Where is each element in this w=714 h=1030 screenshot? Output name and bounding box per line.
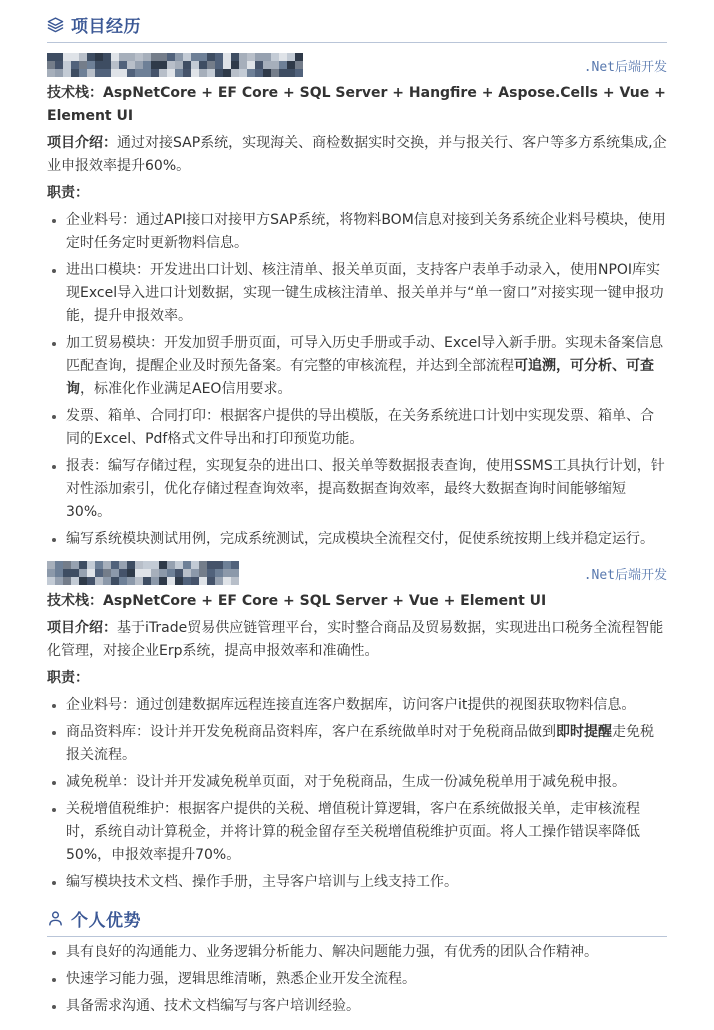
bullet-dot: [52, 538, 56, 542]
bullet-dot: [52, 781, 56, 785]
duty-text: 进出口模块：开发进出口计划、核注清单、报关单页面，支持客户表单手动录入，使用NP…: [66, 259, 667, 328]
projects-list: .Net后端开发 技术栈：AspNetCore + EF Core + SQL …: [47, 52, 667, 894]
duty-text: 编写模块技术文档、操作手册，主导客户培训与上线支持工作。: [66, 871, 667, 894]
duty-item: 企业料号：通过创建数据库远程连接直连客户数据库，访问客户it提供的视图获取物料信…: [47, 694, 667, 717]
bullet-dot: [52, 219, 56, 223]
project-intro-label: 项目介绍：: [47, 135, 117, 151]
project-block: .Net后端开发 技术栈：AspNetCore + EF Core + SQL …: [47, 52, 667, 551]
strength-text: 具备需求沟通、技术文档编写与客户培训经验。: [66, 995, 667, 1018]
bullet-dot: [52, 415, 56, 419]
project-intro-line: 项目介绍：基于iTrade贸易供应链管理平台，实时整合商品及贸易数据，实现进出口…: [47, 617, 667, 663]
duty-item: 报表：编写存储过程，实现复杂的进出口、报关单等数据报表查询，使用SSMS工具执行…: [47, 455, 667, 524]
duties-label: 职责：: [47, 182, 667, 205]
project-intro-label: 项目介绍：: [47, 620, 117, 636]
bullet-dot: [52, 808, 56, 812]
duty-item: 进出口模块：开发进出口计划、核注清单、报关单页面，支持客户表单手动录入，使用NP…: [47, 259, 667, 328]
tech-stack-value: AspNetCore + EF Core + SQL Server + Vue …: [103, 593, 546, 609]
bullet-dot: [52, 342, 56, 346]
duty-item: 加工贸易模块：开发加贸手册页面，可导入历史手册或手动、Excel导入新手册。实现…: [47, 332, 667, 401]
project-intro-value: 基于iTrade贸易供应链管理平台，实时整合商品及贸易数据，实现进出口税务全流程…: [47, 620, 663, 659]
strengths-list: 具有良好的沟通能力、业务逻辑分析能力、解决问题能力强，有优秀的团队合作精神。 快…: [47, 941, 667, 1018]
layers-icon: [47, 16, 64, 33]
tech-stack-line: 技术栈：AspNetCore + EF Core + SQL Server + …: [47, 82, 667, 128]
bullet-dot: [52, 731, 56, 735]
section-header-strengths: 个人优势: [47, 906, 667, 937]
duty-item: 企业料号：通过API接口对接甲方SAP系统，将物料BOM信息对接到关务系统企业料…: [47, 209, 667, 255]
duty-item: 编写系统模块测试用例，完成系统测试，完成模块全流程交付，促使系统按期上线并稳定运…: [47, 528, 667, 551]
tech-stack-value: AspNetCore + EF Core + SQL Server + Hang…: [47, 85, 666, 124]
project-block: .Net后端开发 技术栈：AspNetCore + EF Core + SQL …: [47, 560, 667, 894]
duty-item: 商品资料库：设计并开发免税商品资料库，客户在系统做单时对于免税商品做到即时提醒走…: [47, 721, 667, 767]
section-title-projects: 项目经历: [71, 12, 141, 37]
strength-text: 具有良好的沟通能力、业务逻辑分析能力、解决问题能力强，有优秀的团队合作精神。: [66, 941, 667, 964]
tech-stack-label: 技术栈：: [47, 85, 103, 101]
tech-stack-label: 技术栈：: [47, 593, 103, 609]
duty-item: 减免税单：设计并开发减免税单页面，对于免税商品，生成一份减免税单用于减免税申报。: [47, 771, 667, 794]
duty-item: 关税增值税维护：根据客户提供的关税、增值税计算逻辑，客户在系统做报关单，走审核流…: [47, 798, 667, 867]
bullet-dot: [52, 465, 56, 469]
bullet-dot: [52, 1005, 56, 1009]
strength-text: 快速学习能力强，逻辑思维清晰，熟悉企业开发全流程。: [66, 968, 667, 991]
duty-text: 加工贸易模块：开发加贸手册页面，可导入历史手册或手动、Excel导入新手册。实现…: [66, 332, 667, 401]
strength-item: 具备需求沟通、技术文档编写与客户培训经验。: [47, 995, 667, 1018]
section-title-strengths: 个人优势: [71, 906, 141, 931]
project-role-label: .Net后端开发: [584, 564, 667, 583]
project-intro-line: 项目介绍：通过对接SAP系统，实现海关、商检数据实时交换，并与报关行、客户等多方…: [47, 132, 667, 178]
duty-text: 发票、箱单、合同打印：根据客户提供的导出模版，在关务系统进口计划中实现发票、箱单…: [66, 405, 667, 451]
duties-list: 企业料号：通过API接口对接甲方SAP系统，将物料BOM信息对接到关务系统企业料…: [47, 209, 667, 551]
redacted-company-name: [47, 561, 239, 585]
duty-text: 编写系统模块测试用例，完成系统测试，完成模块全流程交付，促使系统按期上线并稳定运…: [66, 528, 667, 551]
redacted-company-name: [47, 53, 303, 77]
bullet-dot: [52, 269, 56, 273]
tech-stack-line: 技术栈：AspNetCore + EF Core + SQL Server + …: [47, 590, 667, 613]
duty-text: 关税增值税维护：根据客户提供的关税、增值税计算逻辑，客户在系统做报关单，走审核流…: [66, 798, 667, 867]
resume-page: 项目经历 .Net后端开发 技术栈：AspNetCore + EF Core +…: [0, 0, 714, 1030]
project-header: .Net后端开发: [47, 52, 667, 78]
section-header-projects: 项目经历: [47, 12, 667, 43]
duties-list: 企业料号：通过创建数据库远程连接直连客户数据库，访问客户it提供的视图获取物料信…: [47, 694, 667, 894]
duty-text: 企业料号：通过创建数据库远程连接直连客户数据库，访问客户it提供的视图获取物料信…: [66, 694, 667, 717]
person-icon: [47, 910, 64, 927]
duty-text: 报表：编写存储过程，实现复杂的进出口、报关单等数据报表查询，使用SSMS工具执行…: [66, 455, 667, 524]
duty-item: 发票、箱单、合同打印：根据客户提供的导出模版，在关务系统进口计划中实现发票、箱单…: [47, 405, 667, 451]
duty-text: 减免税单：设计并开发减免税单页面，对于免税商品，生成一份减免税单用于减免税申报。: [66, 771, 667, 794]
bullet-dot: [52, 704, 56, 708]
project-header: .Net后端开发: [47, 560, 667, 586]
duty-text: 商品资料库：设计并开发免税商品资料库，客户在系统做单时对于免税商品做到即时提醒走…: [66, 721, 667, 767]
strength-item: 具有良好的沟通能力、业务逻辑分析能力、解决问题能力强，有优秀的团队合作精神。: [47, 941, 667, 964]
bullet-dot: [52, 978, 56, 982]
bullet-dot: [52, 951, 56, 955]
strength-item: 快速学习能力强，逻辑思维清晰，熟悉企业开发全流程。: [47, 968, 667, 991]
duty-item: 编写模块技术文档、操作手册，主导客户培训与上线支持工作。: [47, 871, 667, 894]
bullet-dot: [52, 881, 56, 885]
duties-label: 职责：: [47, 667, 667, 690]
project-role-label: .Net后端开发: [584, 56, 667, 75]
project-intro-value: 通过对接SAP系统，实现海关、商检数据实时交换，并与报关行、客户等多方系统集成,…: [47, 135, 667, 174]
duty-text: 企业料号：通过API接口对接甲方SAP系统，将物料BOM信息对接到关务系统企业料…: [66, 209, 667, 255]
